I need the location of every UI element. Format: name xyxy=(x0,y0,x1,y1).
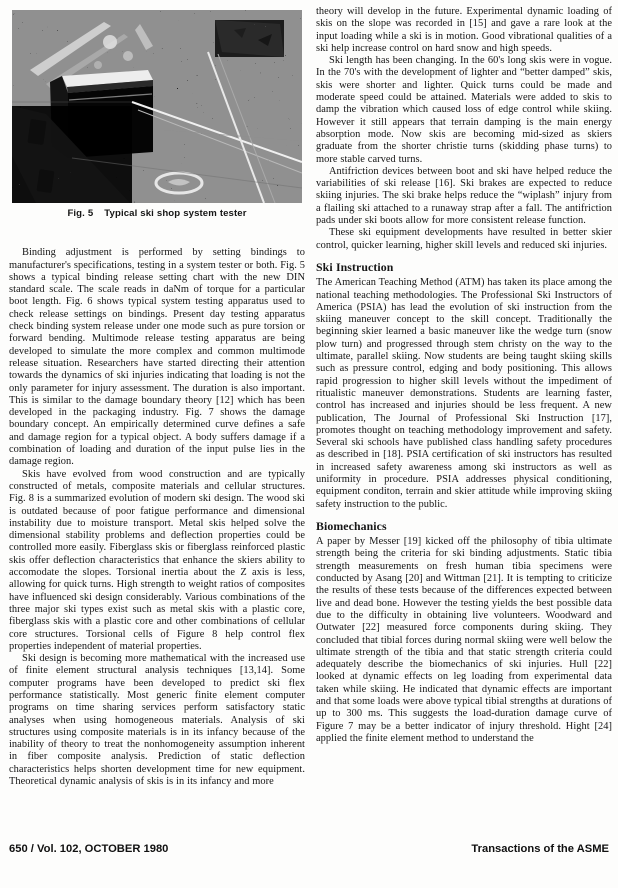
section-heading-ski-instruction: Ski Instruction xyxy=(316,261,612,273)
paragraph-ski-design-math: Ski design is becoming more mathematical… xyxy=(9,653,305,788)
paragraph-theory-develop: theory will develop in the future. Exper… xyxy=(316,6,612,55)
paragraph-ski-evolution: Skis have evolved from wood construction… xyxy=(9,469,305,653)
paragraph-antifriction-devices: Antifriction devices between boot and sk… xyxy=(316,166,612,227)
paragraph-ski-length: Ski length has been changing. In the 60'… xyxy=(316,55,612,166)
paragraph-binding-adjustment: Binding adjustment is performed by setti… xyxy=(9,247,305,468)
figure-5-photo xyxy=(12,10,305,203)
paragraph-biomechanics: A paper by Messer [19] kicked off the ph… xyxy=(316,536,612,745)
journal-page-scan: Fig. 5Typical ski shop system tester Bin… xyxy=(0,0,618,888)
ski-shop-tester-photo-illustration xyxy=(12,10,302,203)
paragraph-equipment-developments: These ski equipment developments have re… xyxy=(316,227,612,252)
left-column: Fig. 5Typical ski shop system tester Bin… xyxy=(9,8,305,788)
figure-5: Fig. 5Typical ski shop system tester xyxy=(9,10,305,220)
figure-5-label: Fig. 5 xyxy=(67,208,93,219)
footer-journal-name: Transactions of the ASME xyxy=(471,843,609,855)
footer-page-volume-date: 650 / Vol. 102, OCTOBER 1980 xyxy=(9,843,168,855)
right-column: theory will develop in the future. Exper… xyxy=(316,6,612,745)
figure-5-caption-text: Typical ski shop system tester xyxy=(104,208,246,219)
figure-5-caption: Fig. 5Typical ski shop system tester xyxy=(9,208,305,220)
page-footer: 650 / Vol. 102, OCTOBER 1980 Transaction… xyxy=(9,843,609,855)
section-heading-biomechanics: Biomechanics xyxy=(316,520,612,532)
paragraph-ski-instruction: The American Teaching Method (ATM) has t… xyxy=(316,277,612,511)
